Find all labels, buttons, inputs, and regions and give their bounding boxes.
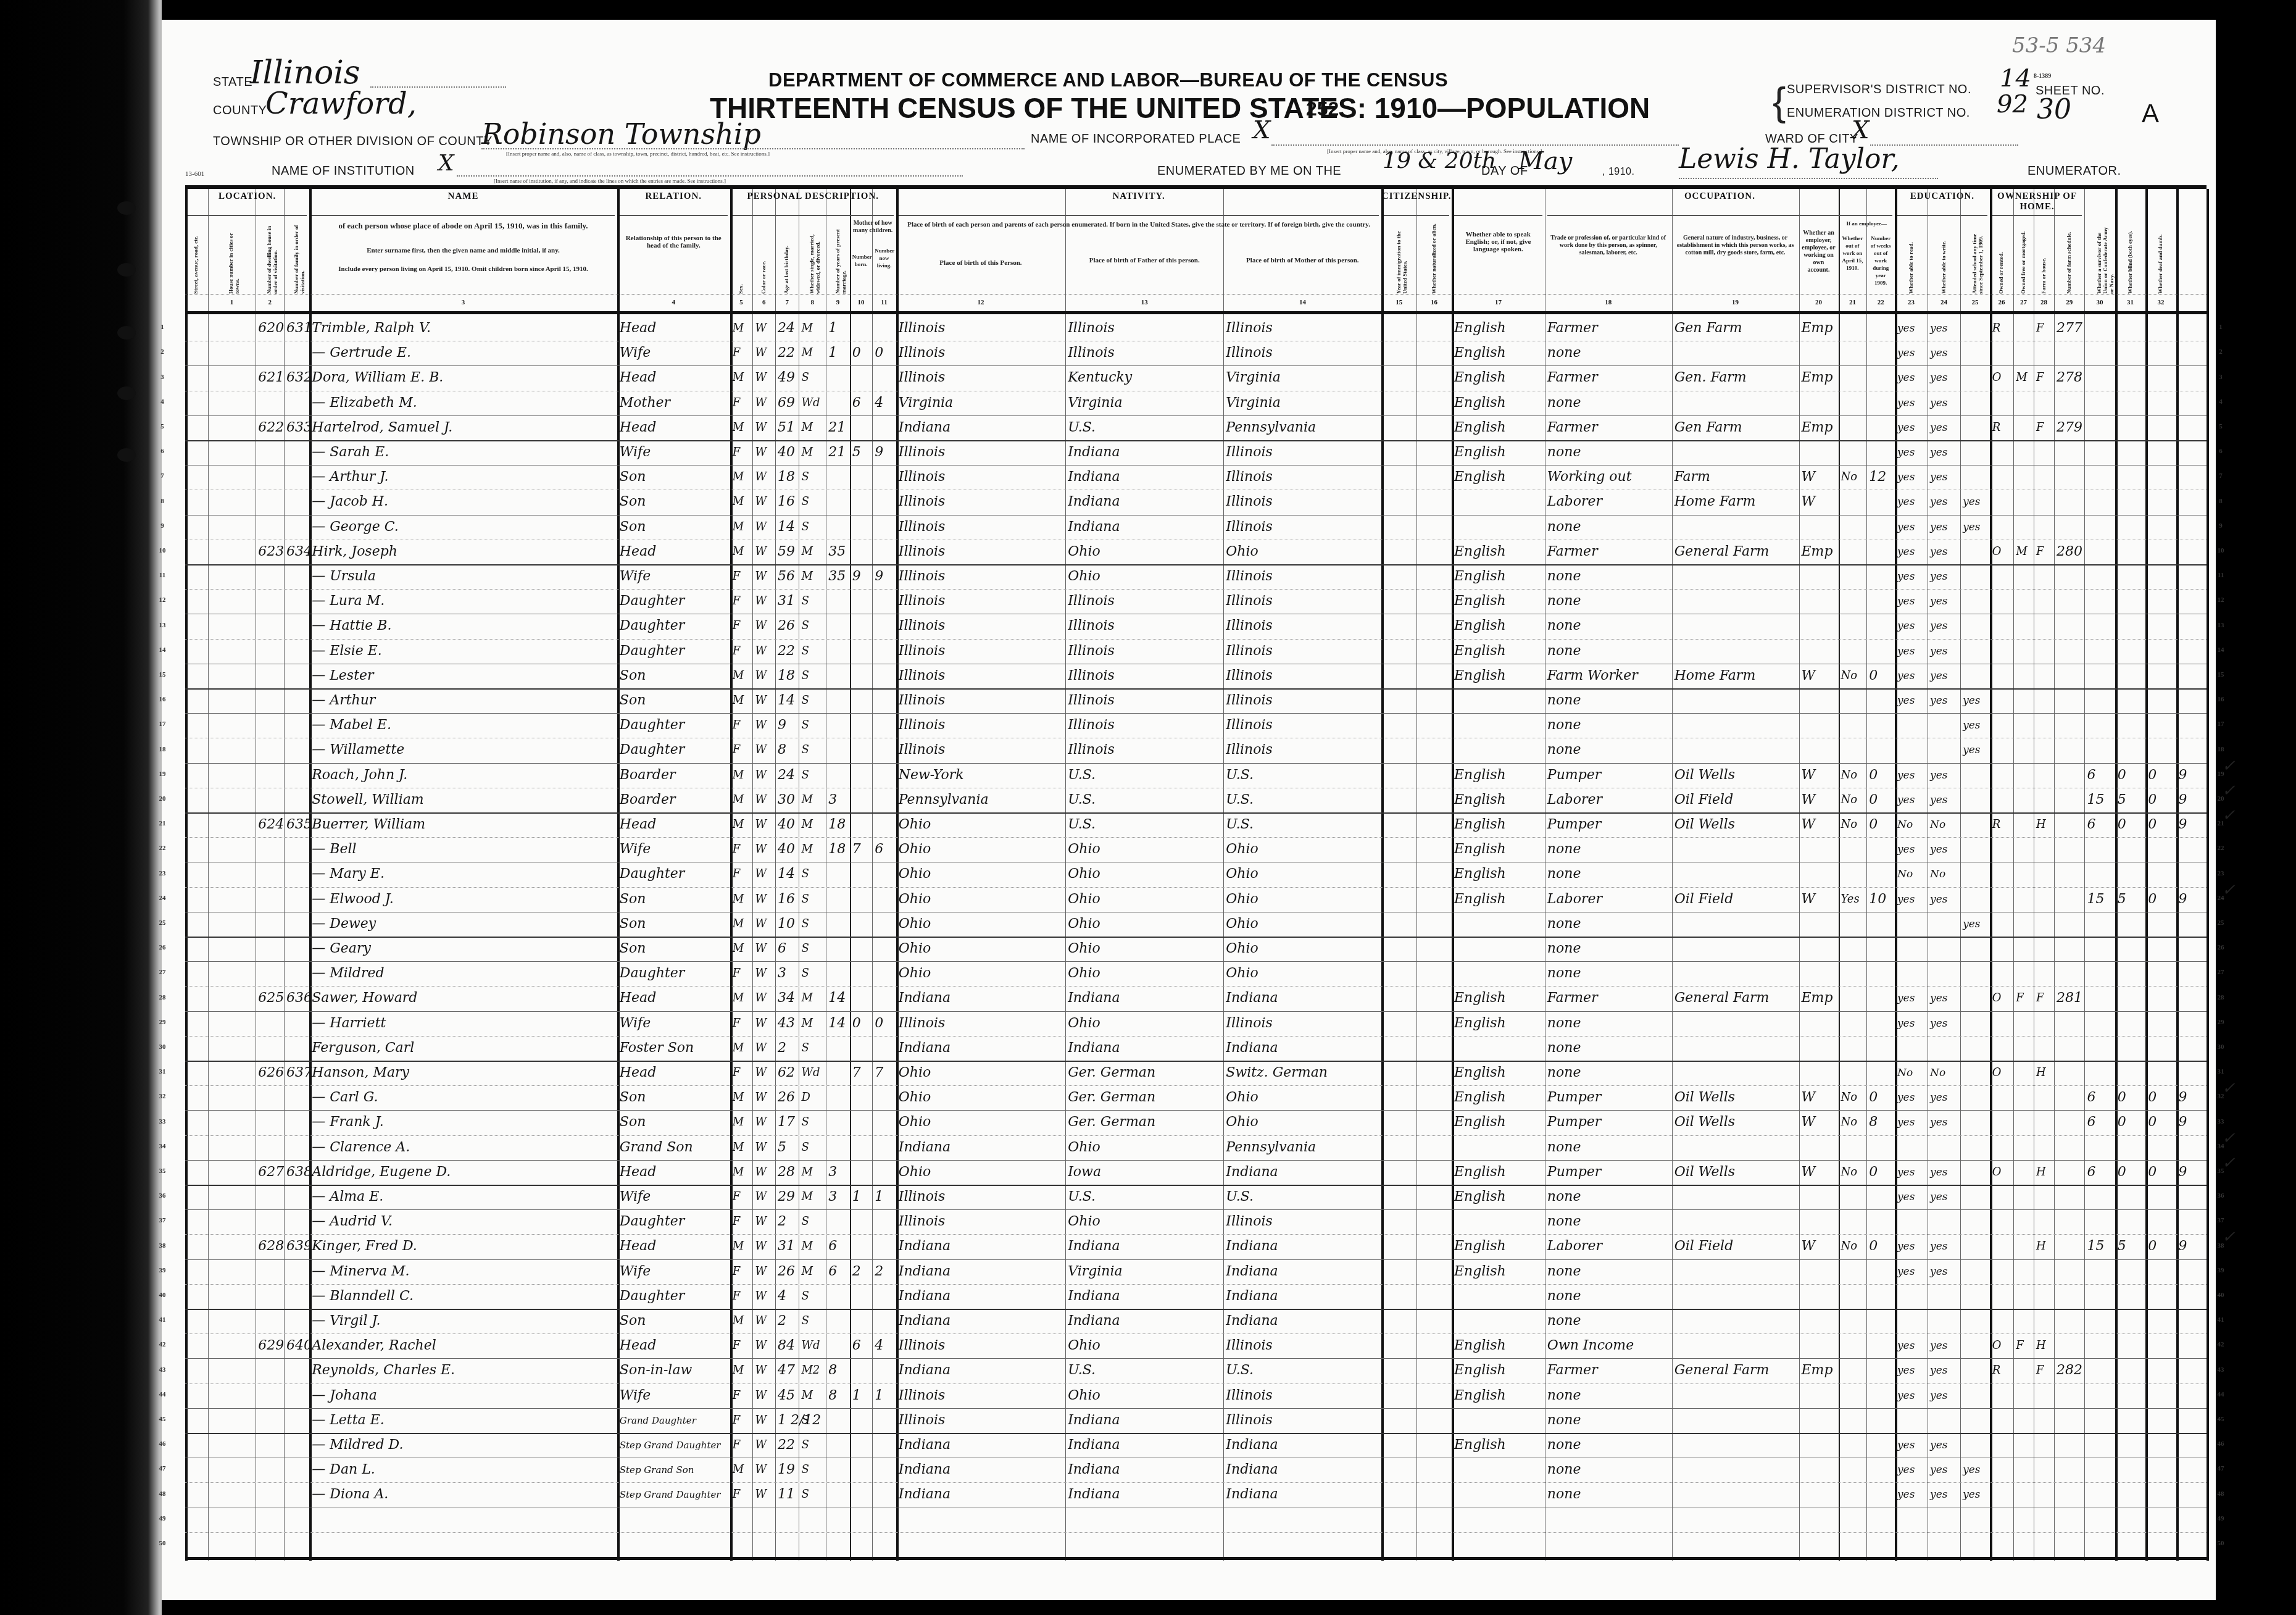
cell-mar: M bbox=[801, 1011, 812, 1036]
column-group-heading: CITIZENSHIP. bbox=[1381, 191, 1451, 202]
cell-bpf: Ohio bbox=[1068, 961, 1100, 986]
cell-rel: Wife bbox=[620, 837, 651, 862]
cell-emp: W bbox=[1802, 763, 1816, 788]
column-number: 20 bbox=[1799, 299, 1839, 306]
cell-age: 40 bbox=[778, 812, 795, 837]
table-row: 621632Dora, William E. B.HeadMW49SIllino… bbox=[185, 365, 2207, 390]
table-row bbox=[185, 1508, 2207, 1532]
cell-mar: S bbox=[801, 614, 809, 638]
cell-bpf: Indiana bbox=[1068, 490, 1120, 514]
line-number-right: 15 bbox=[2213, 671, 2229, 678]
cell-emp: W bbox=[1802, 1234, 1816, 1259]
cell-name: — Mildred D. bbox=[312, 1433, 403, 1458]
cell-color: W bbox=[755, 1259, 767, 1284]
table-row: 625636Sawer, HowardHeadMW34M14IndianaInd… bbox=[185, 986, 2207, 1011]
cell-bp: Illinois bbox=[899, 540, 946, 564]
cell-age: 19 bbox=[778, 1458, 795, 1482]
cell-yrs: 14 bbox=[828, 986, 846, 1011]
cell-born: 2 bbox=[852, 1259, 861, 1284]
cell-ind: Farm bbox=[1674, 465, 1710, 490]
column-heading: Year of immigration to the United States… bbox=[1395, 221, 1408, 294]
table-row: — Virgil J.SonMW2SIndianaIndianaIndianan… bbox=[185, 1309, 2207, 1333]
cell-age: 9 bbox=[778, 713, 786, 738]
enumeration-value: 92 bbox=[1997, 90, 2028, 119]
county-label: County bbox=[213, 104, 267, 118]
form-code: 13-601 bbox=[185, 170, 204, 178]
cell-born: 0 bbox=[852, 1011, 861, 1036]
cell-color: W bbox=[755, 837, 767, 862]
table-row: — Elwood J.SonMW16SOhioOhioOhioEnglishLa… bbox=[185, 887, 2207, 912]
cell-mar: Wd bbox=[801, 391, 820, 415]
cell-mar: M bbox=[801, 986, 812, 1011]
table-row: 627638Aldridge, Eugene D.HeadMW28M3OhioI… bbox=[185, 1160, 2207, 1185]
state-value: Illinois bbox=[250, 54, 360, 91]
table-row: — Alma E.WifeFW29M311IllinoisU.S.U.S.Eng… bbox=[185, 1185, 2207, 1209]
cell-mar: M bbox=[801, 1185, 812, 1209]
cell-write: yes bbox=[1930, 564, 1947, 589]
cell-dw: 628 bbox=[258, 1234, 284, 1259]
cell-name: — Gertrude E. bbox=[312, 341, 411, 365]
cell-color: W bbox=[755, 1309, 767, 1333]
cell-mar: S bbox=[801, 688, 809, 713]
cell-mar: S bbox=[801, 1036, 809, 1061]
cell-sex: F bbox=[733, 738, 741, 762]
cell-name: Aldridge, Eugene D. bbox=[312, 1160, 451, 1185]
line-number-left: 15 bbox=[154, 671, 170, 678]
cell-trade: Farmer bbox=[1547, 540, 1598, 564]
cell-name: — Johana bbox=[312, 1383, 377, 1408]
cell-trade: none bbox=[1547, 1209, 1581, 1234]
cell-sex: M bbox=[733, 316, 744, 341]
table-row: — Blanndell C.DaughterFW4SIndianaIndiana… bbox=[185, 1284, 2207, 1309]
cell-liv: 4 bbox=[875, 1333, 883, 1358]
cell-age: 31 bbox=[778, 1234, 795, 1259]
cell-bpf: Illinois bbox=[1068, 341, 1115, 365]
group-rule bbox=[1454, 215, 1542, 216]
cell-born: 1 bbox=[852, 1185, 861, 1209]
table-row: — Elizabeth M.MotherFW69Wd64VirginiaVirg… bbox=[185, 391, 2207, 415]
cell-bpf: Ohio bbox=[1068, 862, 1100, 887]
cell-bp: Illinois bbox=[899, 713, 946, 738]
cell-bpm: Ohio bbox=[1226, 937, 1258, 961]
cell-dw: 623 bbox=[258, 540, 284, 564]
cell-bpm: Illinois bbox=[1226, 1209, 1273, 1234]
line-number-left: 11 bbox=[154, 572, 170, 579]
cell-bpm: Illinois bbox=[1226, 688, 1273, 713]
line-number-right: 10 bbox=[2213, 547, 2229, 554]
cell-bpm: Illinois bbox=[1226, 1011, 1273, 1036]
cell-sched: 281 bbox=[2057, 986, 2082, 1011]
column-number: 12 bbox=[896, 299, 1065, 306]
cell-mar: S bbox=[801, 1309, 809, 1333]
cell-yrs: 8 bbox=[828, 1358, 837, 1383]
cell-bpm: U.S. bbox=[1226, 788, 1254, 812]
cell-dw: 629 bbox=[258, 1333, 284, 1358]
cell-age: 17 bbox=[778, 1110, 795, 1135]
cell-mar: S bbox=[801, 515, 809, 540]
line-number-right: 44 bbox=[2213, 1391, 2229, 1398]
cell-ind: General Farm bbox=[1674, 1358, 1770, 1383]
cell-ind: Gen Farm bbox=[1674, 316, 1742, 341]
cell-rel: Head bbox=[620, 812, 656, 837]
cell-name: — Carl G. bbox=[312, 1085, 378, 1110]
cell-write: yes bbox=[1930, 391, 1947, 415]
cell-bpf: Indiana bbox=[1068, 1036, 1120, 1061]
cell-bpf: Indiana bbox=[1068, 1284, 1120, 1309]
cell-trade: none bbox=[1547, 589, 1581, 614]
supervisor-value: 14 bbox=[2000, 64, 2031, 93]
cell-ind: Gen Farm bbox=[1674, 415, 1742, 440]
cell-read: yes bbox=[1897, 1011, 1915, 1036]
cell-bp: Illinois bbox=[899, 564, 946, 589]
cell-bpm: U.S. bbox=[1226, 763, 1254, 788]
cell-write: yes bbox=[1930, 415, 1947, 440]
cell-trade: Pumper bbox=[1547, 1110, 1601, 1135]
cell-bpm: Indiana bbox=[1226, 1309, 1278, 1333]
table-row: Stowell, WilliamBoarderMW30M3Pennsylvani… bbox=[185, 788, 2207, 812]
check-mark-icon: ✓ bbox=[2222, 1154, 2236, 1172]
cell-trade: none bbox=[1547, 1482, 1581, 1507]
cell-mar: S bbox=[801, 738, 809, 762]
cell-age: 6 bbox=[778, 937, 786, 961]
cell-c29: 6 bbox=[2087, 812, 2095, 837]
cell-own: O bbox=[1992, 365, 2002, 390]
cell-bp: Ohio bbox=[899, 887, 931, 912]
cell-bpf: Indiana bbox=[1068, 515, 1120, 540]
cell-bp: Virginia bbox=[899, 391, 954, 415]
cell-write: yes bbox=[1930, 1185, 1947, 1209]
line-number-left: 14 bbox=[154, 646, 170, 654]
column-group-heading: LOCATION. bbox=[185, 191, 309, 202]
cell-read: yes bbox=[1897, 1160, 1915, 1185]
cell-fam: 631 bbox=[286, 316, 312, 341]
cell-name: — Hattie B. bbox=[312, 614, 391, 638]
cell-wks: 0 bbox=[1869, 763, 1878, 788]
cell-color: W bbox=[755, 589, 767, 614]
cell-out: No bbox=[1841, 788, 1858, 812]
cell-write: yes bbox=[1930, 688, 1947, 713]
cell-bpm: Illinois bbox=[1226, 341, 1273, 365]
cell-mar: S bbox=[801, 1482, 809, 1507]
cell-sex: F bbox=[733, 837, 741, 862]
census-title: THIRTEENTH CENSUS OF THE UNITED STATES: … bbox=[710, 91, 1650, 125]
line-number-left: 1 bbox=[154, 323, 170, 331]
cell-emp: W bbox=[1802, 812, 1816, 837]
cell-lang: English bbox=[1454, 1234, 1506, 1259]
line-number-left: 44 bbox=[154, 1391, 170, 1398]
cell-dw: 622 bbox=[258, 415, 284, 440]
cell-age: 40 bbox=[778, 440, 795, 465]
table-row: — ArthurSonMW14SIllinoisIllinoisIllinois… bbox=[185, 688, 2207, 713]
column-heading: Number now living. bbox=[875, 247, 893, 269]
cell-read: yes bbox=[1897, 415, 1915, 440]
cell-color: W bbox=[755, 614, 767, 638]
cell-bpm: Virginia bbox=[1226, 365, 1281, 390]
cell-bpm: Ohio bbox=[1226, 961, 1258, 986]
cell-bpm: Indiana bbox=[1226, 986, 1278, 1011]
enumerator-label: Enumerator. bbox=[2028, 164, 2121, 178]
cell-name: — Arthur J. bbox=[312, 465, 388, 490]
institution-instructions: [Insert name of institution, if any, and… bbox=[494, 178, 726, 184]
line-number-right: 29 bbox=[2213, 1019, 2229, 1026]
cell-mar: M bbox=[801, 440, 812, 465]
cell-bpm: Virginia bbox=[1226, 391, 1281, 415]
table-row: Roach, John J.BoarderMW24SNew-YorkU.S.U.… bbox=[185, 763, 2207, 788]
cell-c31: 0 bbox=[2148, 812, 2157, 837]
cell-farm: F bbox=[2036, 316, 2044, 341]
cell-name: Hartelrod, Samuel J. bbox=[312, 415, 452, 440]
column-number: 17 bbox=[1452, 299, 1545, 306]
table-row: — Mabel E.DaughterFW9SIllinoisIllinoisIl… bbox=[185, 713, 2207, 738]
line-number-left: 17 bbox=[154, 720, 170, 728]
cell-sex: F bbox=[733, 564, 741, 589]
line-number-right: 4 bbox=[2213, 398, 2229, 406]
cell-write: yes bbox=[1930, 986, 1947, 1011]
cell-bpf: Illinois bbox=[1068, 664, 1115, 688]
line-number-left: 48 bbox=[154, 1490, 170, 1498]
cell-farm: F bbox=[2036, 540, 2044, 564]
cell-trade: none bbox=[1547, 391, 1581, 415]
cell-color: W bbox=[755, 961, 767, 986]
cell-write: yes bbox=[1930, 341, 1947, 365]
cell-bpf: U.S. bbox=[1068, 812, 1096, 837]
cell-rel: Daughter bbox=[620, 1209, 685, 1234]
cell-trade: Laborer bbox=[1547, 490, 1602, 514]
header-rule bbox=[185, 294, 2207, 294]
cell-name: Ferguson, Carl bbox=[312, 1036, 414, 1061]
institution-label: Name of institution bbox=[272, 164, 415, 178]
cell-rel: Head bbox=[620, 365, 656, 390]
supervisor-label: Supervisor's District No. bbox=[1787, 83, 1971, 97]
cell-bp: Illinois bbox=[899, 515, 946, 540]
cell-bpf: Virginia bbox=[1068, 1259, 1123, 1284]
cell-age: 16 bbox=[778, 490, 795, 514]
cell-emp: W bbox=[1802, 664, 1816, 688]
cell-bpm: Illinois bbox=[1226, 1408, 1273, 1433]
line-number-left: 21 bbox=[154, 820, 170, 827]
cell-c30: 0 bbox=[2118, 763, 2126, 788]
cell-mar: M bbox=[801, 1160, 812, 1185]
cell-liv: 1 bbox=[875, 1185, 883, 1209]
cell-bpm: Ohio bbox=[1226, 1110, 1258, 1135]
cell-bpf: Ohio bbox=[1068, 1333, 1100, 1358]
cell-free: F bbox=[2016, 986, 2024, 1011]
line-number-right: 27 bbox=[2213, 969, 2229, 976]
cell-color: W bbox=[755, 515, 767, 540]
cell-trade: none bbox=[1547, 1458, 1581, 1482]
cell-color: W bbox=[755, 1458, 767, 1482]
cell-write: yes bbox=[1930, 316, 1947, 341]
line-number-left: 16 bbox=[154, 696, 170, 703]
cell-color: W bbox=[755, 912, 767, 937]
cell-age: 4 bbox=[778, 1284, 786, 1309]
cell-bpf: U.S. bbox=[1068, 1358, 1096, 1383]
line-number-right: 12 bbox=[2213, 596, 2229, 604]
cell-write: yes bbox=[1930, 490, 1947, 514]
cell-rel: Son bbox=[620, 515, 646, 540]
column-number: 26 bbox=[1990, 299, 2013, 306]
cell-bpf: U.S. bbox=[1068, 1185, 1096, 1209]
cell-sex: M bbox=[733, 1135, 744, 1160]
column-heading: House number in cities or towns. bbox=[228, 221, 240, 294]
cell-sex: M bbox=[733, 1036, 744, 1061]
line-number-left: 38 bbox=[154, 1242, 170, 1250]
cell-lang: English bbox=[1454, 887, 1506, 912]
cell-color: W bbox=[755, 1284, 767, 1309]
cell-mar: M bbox=[801, 1259, 812, 1284]
cell-c31: 0 bbox=[2148, 763, 2157, 788]
cell-bp: Indiana bbox=[899, 1458, 950, 1482]
cell-bp: Ohio bbox=[899, 937, 931, 961]
cell-read: yes bbox=[1897, 1383, 1915, 1408]
cell-c32: 9 bbox=[2179, 887, 2187, 912]
cell-name: — Lester bbox=[312, 664, 373, 688]
cell-name: — Diona A. bbox=[312, 1482, 388, 1507]
cell-fam: 634 bbox=[286, 540, 312, 564]
cell-sch: yes bbox=[1963, 688, 1980, 713]
cell-own: R bbox=[1992, 316, 2001, 341]
cell-read: yes bbox=[1897, 316, 1915, 341]
year-label: , 1910. bbox=[1602, 167, 1634, 178]
line-number-right: 5 bbox=[2213, 423, 2229, 430]
cell-rel: Step Grand Daughter bbox=[620, 1482, 721, 1507]
cell-bpm: Ohio bbox=[1226, 912, 1258, 937]
column-heading: General nature of industry, business, or… bbox=[1674, 235, 1797, 257]
cell-bp: Illinois bbox=[899, 614, 946, 638]
cell-bpf: Ohio bbox=[1068, 887, 1100, 912]
cell-liv: 7 bbox=[875, 1061, 883, 1085]
cell-fam: 632 bbox=[286, 365, 312, 390]
cell-age: 62 bbox=[778, 1061, 795, 1085]
cell-bpf: Indiana bbox=[1068, 440, 1120, 465]
cell-read: yes bbox=[1897, 490, 1915, 514]
cell-bp: Illinois bbox=[899, 1209, 946, 1234]
cell-bpm: Indiana bbox=[1226, 1160, 1278, 1185]
cell-read: yes bbox=[1897, 589, 1915, 614]
cell-lang: English bbox=[1454, 788, 1506, 812]
cell-bp: New-York bbox=[899, 763, 964, 788]
column-group-heading: NAME bbox=[309, 191, 617, 202]
cell-fam: 639 bbox=[286, 1234, 312, 1259]
cell-sex: M bbox=[733, 664, 744, 688]
cell-sex: F bbox=[733, 589, 741, 614]
cell-read: No bbox=[1897, 812, 1913, 837]
cell-read: yes bbox=[1897, 664, 1915, 688]
cell-wks: 8 bbox=[1869, 1110, 1878, 1135]
check-mark-icon: ✓ bbox=[2222, 806, 2236, 825]
column-heading: Whether an employer, employee, or workin… bbox=[1802, 230, 1836, 274]
cell-mar: M bbox=[801, 1383, 812, 1408]
cell-name: — Elwood J. bbox=[312, 887, 394, 912]
group-rule bbox=[188, 215, 307, 216]
binding-hole bbox=[117, 201, 136, 215]
cell-name: — Arthur bbox=[312, 688, 375, 713]
cell-trade: none bbox=[1547, 713, 1581, 738]
cell-trade: Farmer bbox=[1547, 415, 1598, 440]
cell-color: W bbox=[755, 1433, 767, 1458]
cell-age: 31 bbox=[778, 589, 795, 614]
census-table: LOCATION.NAMERELATION.PERSONAL DESCRIPTI… bbox=[185, 185, 2207, 1561]
cell-mar: M bbox=[801, 540, 812, 564]
column-heading: Whether naturalized or alien. bbox=[1431, 221, 1437, 294]
cell-own: R bbox=[1992, 415, 2001, 440]
cell-bpm: Ohio bbox=[1226, 837, 1258, 862]
line-number-left: 39 bbox=[154, 1267, 170, 1274]
cell-lang: English bbox=[1454, 1259, 1506, 1284]
cell-bp: Ohio bbox=[899, 1085, 931, 1110]
cell-bpf: Indiana bbox=[1068, 465, 1120, 490]
table-row: — LesterSonMW18SIllinoisIllinoisIllinois… bbox=[185, 664, 2207, 688]
cell-ind: General Farm bbox=[1674, 986, 1770, 1011]
cell-bp: Indiana bbox=[899, 1135, 950, 1160]
line-number-right: 8 bbox=[2213, 498, 2229, 505]
cell-c29: 6 bbox=[2087, 1085, 2095, 1110]
cell-bpm: Illinois bbox=[1226, 614, 1273, 638]
column-number: 14 bbox=[1223, 299, 1381, 306]
cell-name: — Geary bbox=[312, 937, 371, 961]
cell-sex: M bbox=[733, 1234, 744, 1259]
cell-trade: Farmer bbox=[1547, 986, 1598, 1011]
line-number-left: 6 bbox=[154, 448, 170, 455]
column-number: 27 bbox=[2013, 299, 2034, 306]
table-row: — George C.SonMW14SIllinoisIndianaIllino… bbox=[185, 515, 2207, 540]
cell-sched: 282 bbox=[2057, 1358, 2082, 1383]
line-number-right: 9 bbox=[2213, 522, 2229, 530]
cell-name: — Jacob H. bbox=[312, 490, 388, 514]
cell-bpf: Indiana bbox=[1068, 1408, 1120, 1433]
cell-bpm: Illinois bbox=[1226, 589, 1273, 614]
column-number: 25 bbox=[1960, 299, 1990, 306]
cell-trade: none bbox=[1547, 440, 1581, 465]
table-row: — Hattie B.DaughterFW26SIllinoisIllinois… bbox=[185, 614, 2207, 638]
cell-read: yes bbox=[1897, 465, 1915, 490]
cell-sex: M bbox=[733, 1358, 744, 1383]
cell-lang: English bbox=[1454, 564, 1506, 589]
binding-hole bbox=[117, 448, 136, 462]
cell-bpm: Ohio bbox=[1226, 887, 1258, 912]
cell-write: No bbox=[1930, 812, 1945, 837]
cell-color: W bbox=[755, 365, 767, 390]
cell-trade: none bbox=[1547, 912, 1581, 937]
cell-c31: 0 bbox=[2148, 1110, 2157, 1135]
cell-bp: Ohio bbox=[899, 961, 931, 986]
cell-color: W bbox=[755, 713, 767, 738]
cell-born: 1 bbox=[852, 1383, 861, 1408]
cell-sex: M bbox=[733, 1309, 744, 1333]
column-heading: Place of birth of this Person. bbox=[899, 259, 1063, 267]
cell-write: No bbox=[1930, 862, 1945, 887]
cell-age: 11 bbox=[778, 1482, 795, 1507]
line-number-right: 17 bbox=[2213, 720, 2229, 728]
cell-bpf: U.S. bbox=[1068, 788, 1096, 812]
cell-c30: 0 bbox=[2118, 1160, 2126, 1185]
column-group-heading: OCCUPATION. bbox=[1545, 191, 1895, 202]
cell-lang: English bbox=[1454, 440, 1506, 465]
cell-mar: Wd bbox=[801, 1333, 820, 1358]
table-row: — Arthur J.SonMW18SIllinoisIndianaIllino… bbox=[185, 465, 2207, 490]
cell-farm: H bbox=[2036, 1234, 2046, 1259]
table-row: — WillametteDaughterFW8SIllinoisIllinois… bbox=[185, 738, 2207, 762]
table-row: 620631Trimble, Ralph V.HeadMW24M1Illinoi… bbox=[185, 316, 2207, 341]
cell-rel: Head bbox=[620, 986, 656, 1011]
cell-color: W bbox=[755, 1185, 767, 1209]
table-row: 624635Buerrer, WilliamHeadMW40M18OhioU.S… bbox=[185, 812, 2207, 837]
cell-bpm: Indiana bbox=[1226, 1259, 1278, 1284]
cell-emp: W bbox=[1802, 1110, 1816, 1135]
table-bottom-rule bbox=[185, 1557, 2207, 1560]
cell-age: 26 bbox=[778, 1259, 795, 1284]
cell-bpf: Illinois bbox=[1068, 639, 1115, 664]
